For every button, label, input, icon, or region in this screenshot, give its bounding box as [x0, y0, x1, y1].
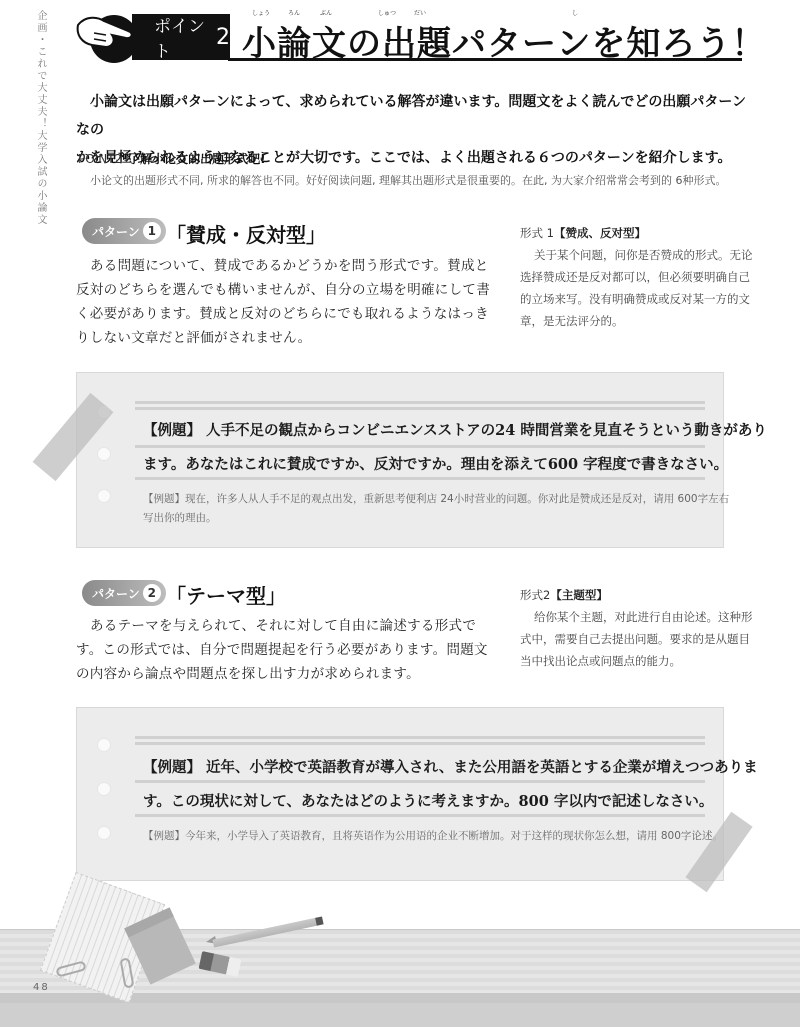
pattern-2-pill: パターン 2 [82, 580, 166, 606]
title-underline [228, 58, 742, 61]
example-2-cn-line-1: 【例题】今年来，小学导入了英语教育，且将英语作为公用语的企业不断增加。对于这样的… [143, 828, 723, 843]
example-card-2: 【例題】 近年、小学校で英語教育が導入され、また公用語を英語とする企業が増えつつ… [76, 707, 724, 881]
pattern-2-cn-note: 形式2【主题型】 给你某个主题，对此进行自由论述。这种形式中，需要自己去提出问题… [520, 584, 760, 672]
pattern-number-icon: 1 [143, 222, 161, 240]
pattern-2-body: あるテーマを与えられて、それに対して自由に論述する形式です。この形式では、自分で… [76, 614, 501, 686]
pattern-number-icon: 2 [143, 584, 161, 602]
point-cn-heading: POINT2了解小论文的出题形式吧! [78, 150, 266, 167]
example-1-cn-line-2: 写出你的理由。 [143, 510, 217, 525]
example-1-cn-line-1: 【例题】现在，许多人从人手不足的观点出发，重新思考便利店 24小时营业的问题。你… [143, 491, 729, 506]
example-2-jp-line-2: す。この現状に対して、あなたはどのように考えますか。800 字以内で記述しなさい… [143, 790, 713, 811]
pattern-2-title: 「テーマ型」 [166, 580, 286, 609]
point-badge: ポイント 2 [132, 14, 230, 60]
page-number: 48 [33, 982, 50, 993]
point-badge-label: ポイント [154, 12, 212, 62]
pattern-1-body: ある問題について、賛成であるかどうかを問う形式です。賛成と反対のどちらを選んでも… [76, 254, 501, 350]
example-1-jp-line-2: ます。あなたはこれに賛成ですか、反対ですか。理由を添えて600 字程度で書きなさ… [143, 453, 728, 474]
point-badge-number: 2 [216, 25, 230, 50]
example-card-1: 【例題】 人手不足の観点からコンビニエンスストアの24 時間営業を見直そうという… [76, 372, 724, 548]
pattern-1-title: 「賛成・反対型」 [166, 219, 326, 248]
intro-line-1: 小論文は出願パターンによって、求められている解答が違います。問題文をよく読んでど… [76, 88, 756, 144]
running-header: 企画・これで大丈夫！大学入試の小論文 [34, 10, 48, 226]
example-2-jp-line-1: 【例題】 近年、小学校で英語教育が導入され、また公用語を英語とする企業が増えつつ… [143, 756, 758, 777]
example-1-jp-line-1: 【例題】 人手不足の観点からコンビニエンスストアの24 時間営業を見直そうという… [143, 419, 767, 440]
pattern-1-pill: パターン 1 [82, 218, 166, 244]
point-cn-body: 小论文的出题形式不同, 所求的解答也不同。好好阅读问题, 理解其出题形式是很重要… [90, 172, 790, 188]
pattern-1-cn-note: 形式 1【赞成、反对型】 关于某个问题，问你是否赞成的形式。无论选择赞成还是反对… [520, 222, 760, 332]
